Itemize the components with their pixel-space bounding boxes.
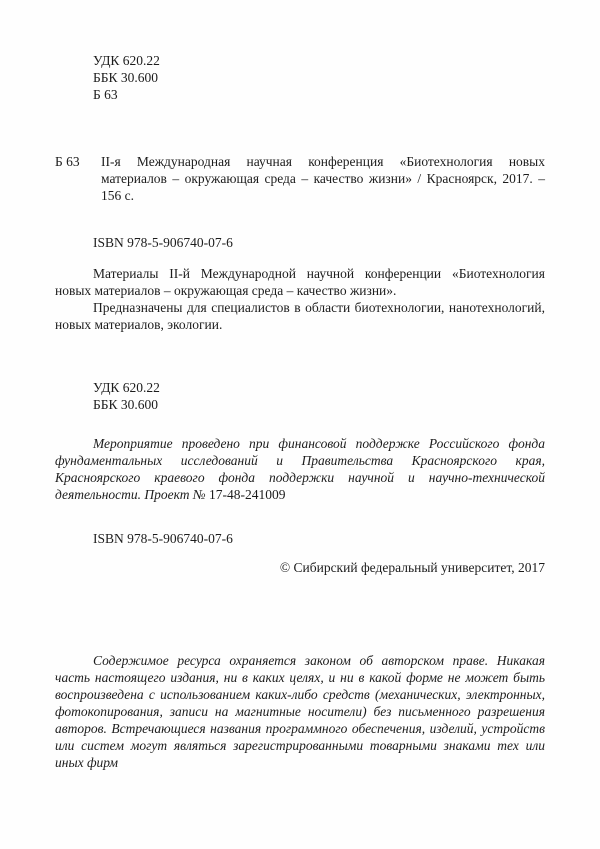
isbn-first: ISBN 978-5-906740-07-6 bbox=[93, 234, 545, 251]
annotation-materials: Материалы II-й Международной научной кон… bbox=[55, 265, 545, 299]
catalog-entry: Б 63 II-я Международная научная конферен… bbox=[55, 153, 545, 204]
funding-project-number: 17-48-241009 bbox=[209, 487, 286, 502]
udk-code-top: УДК 620.22 bbox=[93, 52, 545, 69]
funding-note-text: Мероприятие проведено при финансовой под… bbox=[55, 436, 545, 502]
udk-code-repeat: УДК 620.22 bbox=[93, 379, 545, 396]
bbk-code-top: ББК 30.600 bbox=[93, 69, 545, 86]
catalog-entry-text: II-я Международная научная конференция «… bbox=[101, 154, 545, 203]
top-codes-block: УДК 620.22 ББК 30.600 Б 63 bbox=[93, 52, 545, 103]
copyright-notice: © Сибирский федеральный университет, 201… bbox=[55, 559, 545, 576]
repeat-codes-block: УДК 620.22 ББК 30.600 bbox=[93, 379, 545, 413]
legal-notice: Содержимое ресурса охраняется законом об… bbox=[55, 652, 545, 771]
book-imprint-page: УДК 620.22 ББК 30.600 Б 63 Б 63 II-я Меж… bbox=[0, 0, 600, 849]
annotation-audience: Предназначены для специалистов в области… bbox=[55, 299, 545, 333]
isbn-second: ISBN 978-5-906740-07-6 bbox=[93, 530, 545, 547]
funding-note: Мероприятие проведено при финансовой под… bbox=[55, 435, 545, 503]
bbk-code-repeat: ББК 30.600 bbox=[93, 396, 545, 413]
author-sign-top: Б 63 bbox=[93, 86, 545, 103]
catalog-entry-code: Б 63 bbox=[55, 153, 80, 170]
